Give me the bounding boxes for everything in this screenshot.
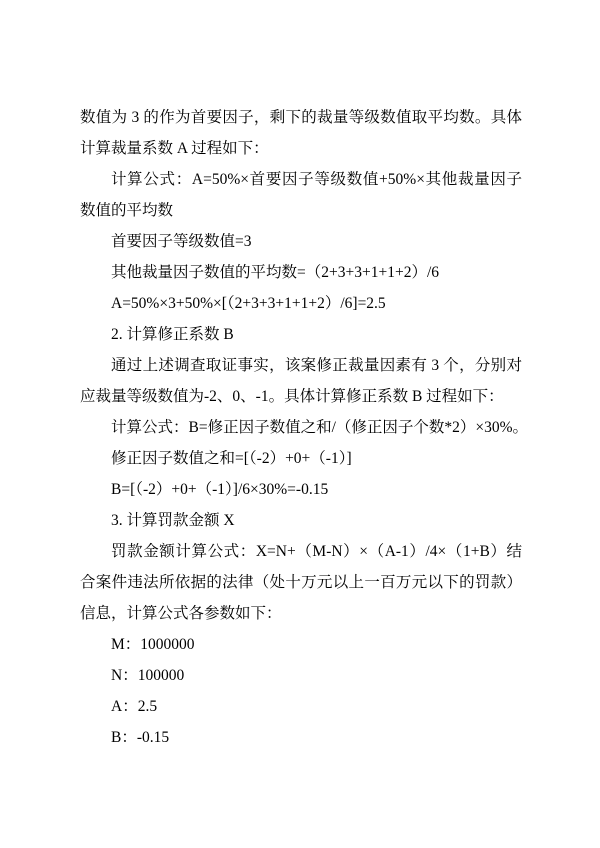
text-line: 计算公式：B=修正因子数值之和/（修正因子个数*2）×30%。 — [80, 412, 522, 443]
text-line: 计算裁量系数 A 过程如下： — [80, 133, 522, 164]
text-line: 2. 计算修正系数 B — [80, 319, 522, 350]
text-line: 罚款金额计算公式：X=N+（M-N）×（A-1）/4×（1+B）结 — [80, 536, 522, 567]
text-line: 修正因子数值之和=[（-2）+0+（-1）] — [80, 443, 522, 474]
text-line: 数值为 3 的作为首要因子，剩下的裁量等级数值取平均数。具体 — [80, 102, 522, 133]
text-line: B=[（-2）+0+（-1）]/6×30%=-0.15 — [80, 474, 522, 505]
text-line: B：-0.15 — [80, 722, 522, 753]
text-line: A：2.5 — [80, 691, 522, 722]
text-line: 3. 计算罚款金额 X — [80, 505, 522, 536]
text-line: N：100000 — [80, 660, 522, 691]
text-line: 信息，计算公式各参数如下： — [80, 598, 522, 629]
text-line: 合案件违法所依据的法律（处十万元以上一百万元以下的罚款） — [80, 567, 522, 598]
text-line: 数值的平均数 — [80, 195, 522, 226]
text-line: 通过上述调查取证事实，该案修正裁量因素有 3 个，分别对 — [80, 350, 522, 381]
text-line: 应裁量等级数值为-2、0、-1。具体计算修正系数 B 过程如下： — [80, 381, 522, 412]
text-line: M：1000000 — [80, 629, 522, 660]
text-line: 其他裁量因子数值的平均数=（2+3+3+1+1+2）/6 — [80, 257, 522, 288]
text-line: 计算公式：A=50%×首要因子等级数值+50%×其他裁量因子 — [80, 164, 522, 195]
document-page: 数值为 3 的作为首要因子，剩下的裁量等级数值取平均数。具体计算裁量系数 A 过… — [0, 0, 600, 848]
text-line: A=50%×3+50%×[（2+3+3+1+1+2）/6]=2.5 — [80, 288, 522, 319]
text-line: 首要因子等级数值=3 — [80, 226, 522, 257]
document-text-block: 数值为 3 的作为首要因子，剩下的裁量等级数值取平均数。具体计算裁量系数 A 过… — [80, 102, 522, 753]
